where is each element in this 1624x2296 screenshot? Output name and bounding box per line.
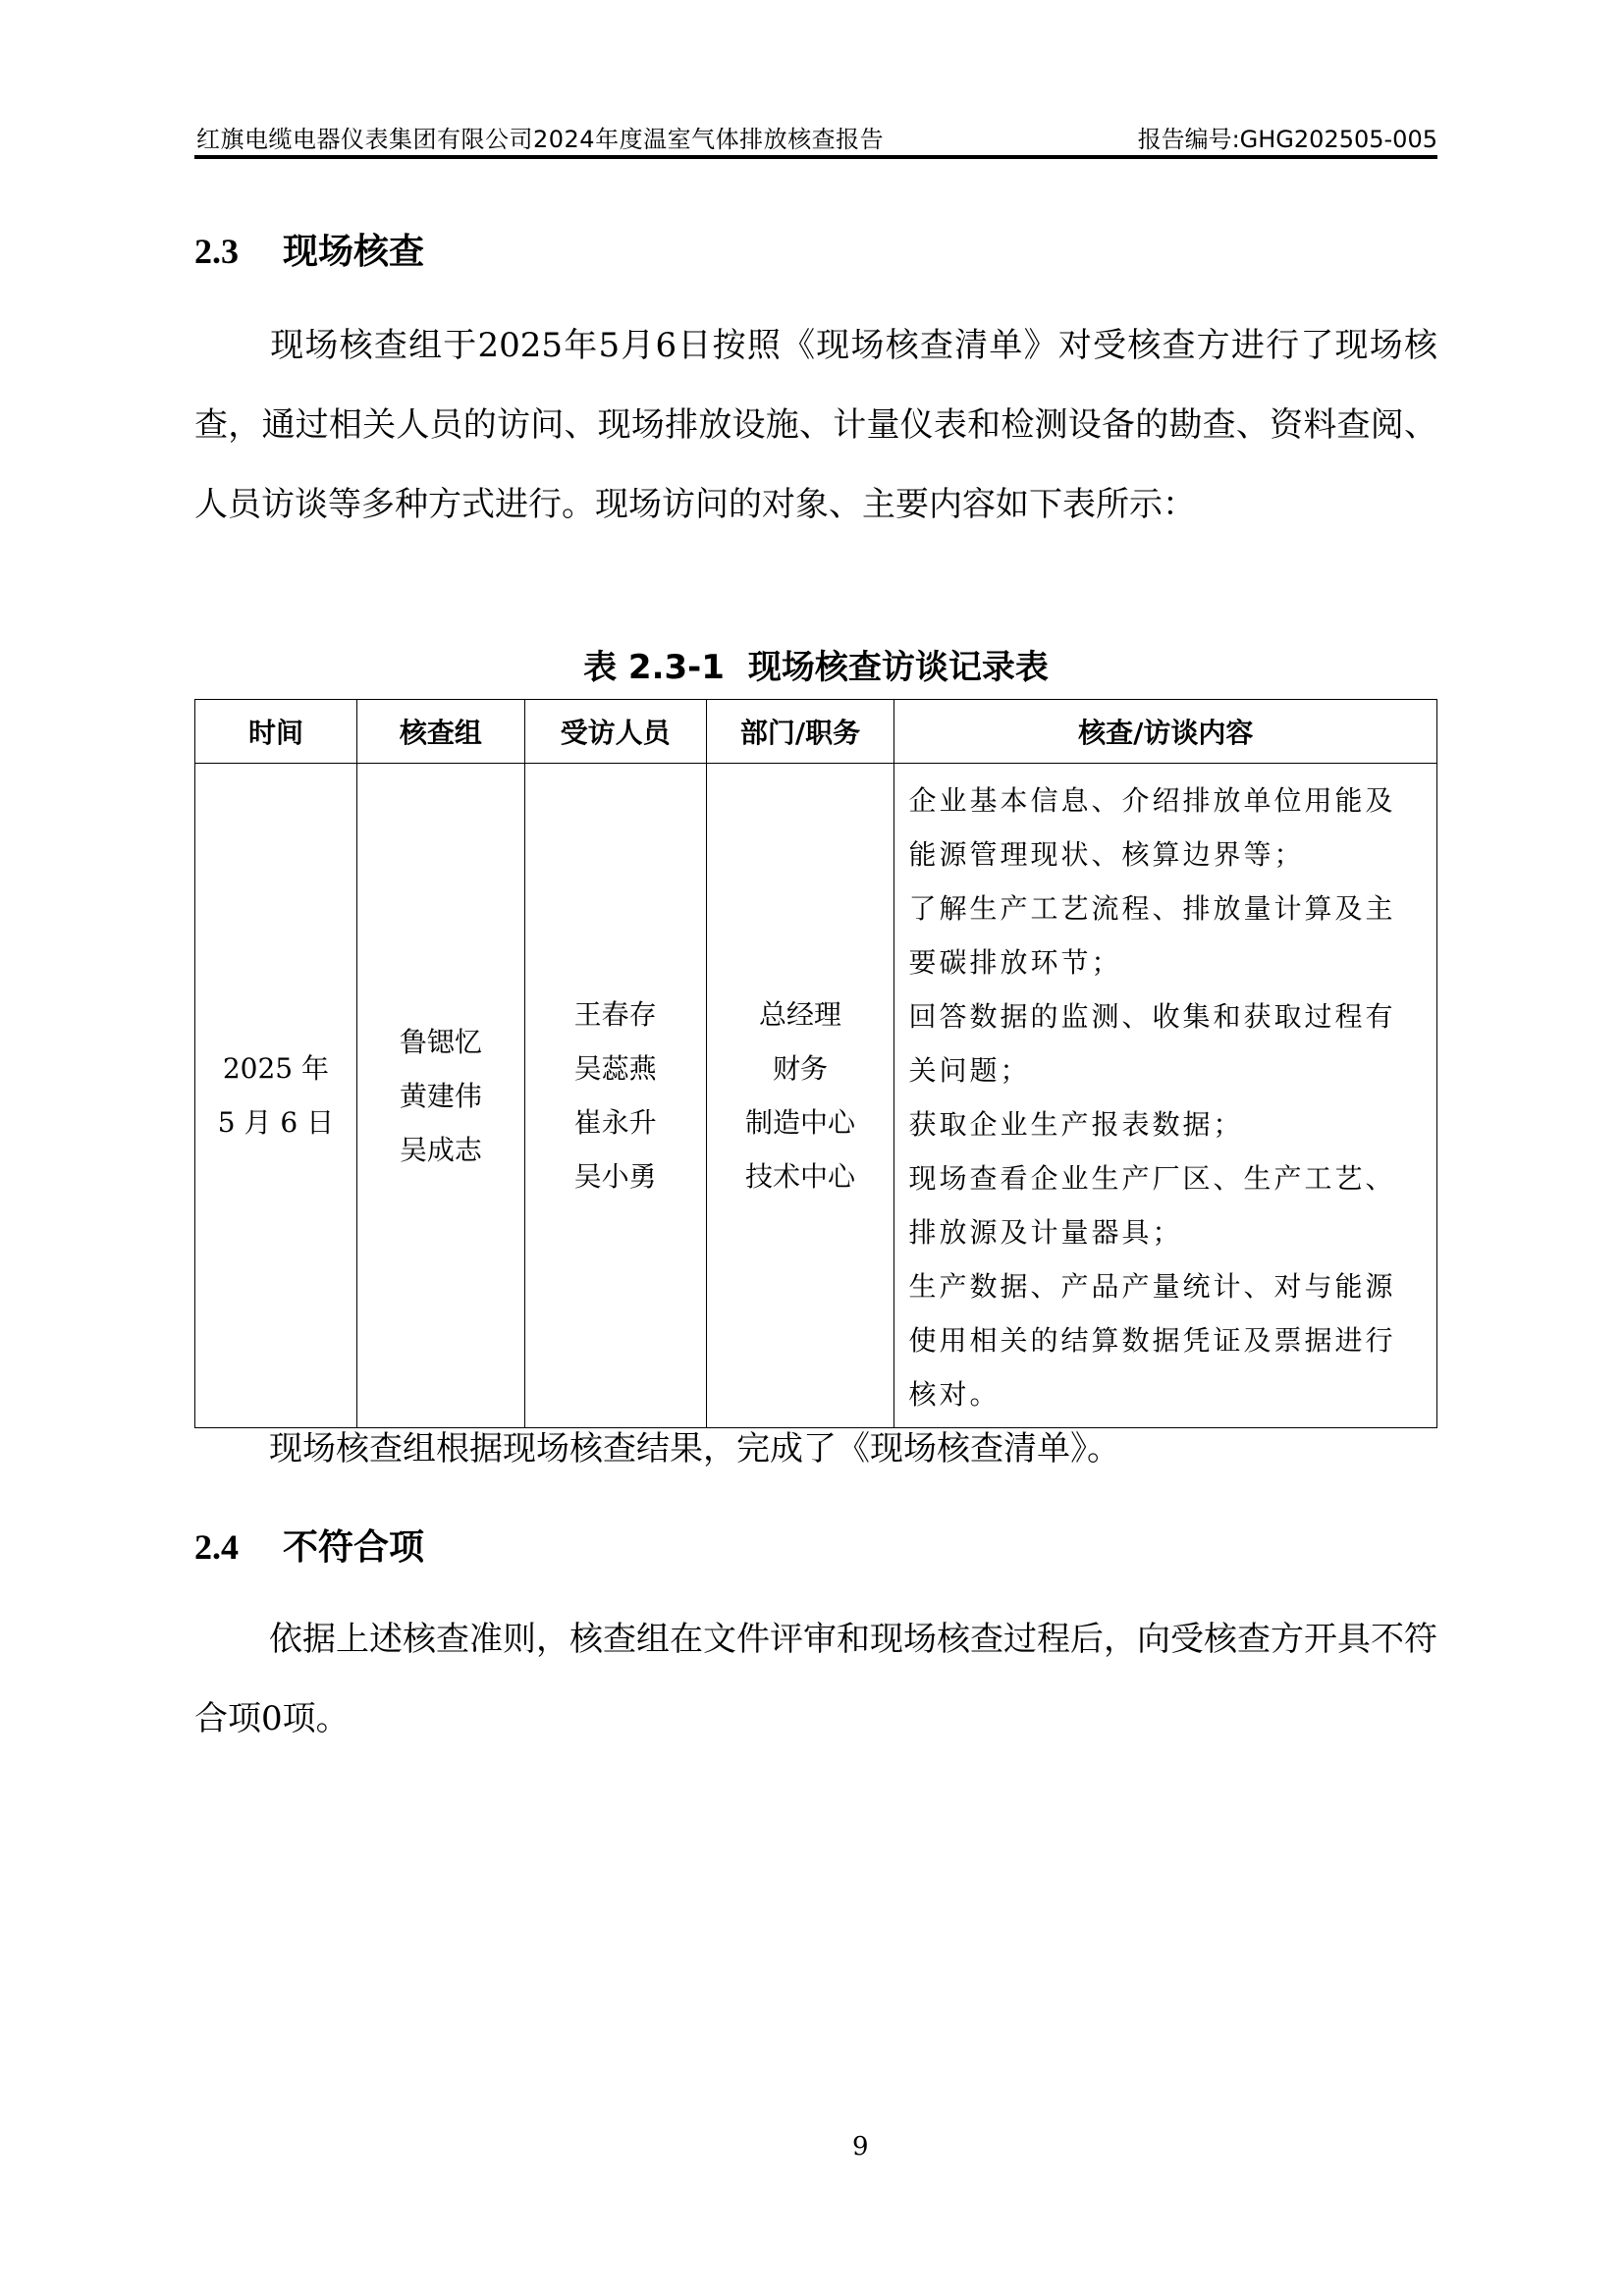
cell-interviewees: 王春存 吴蕊燕 崔永升 吴小勇 <box>524 764 706 1428</box>
team-member: 鲁锶忆 <box>357 1015 524 1069</box>
page-header: 红旗电缆电器仪表集团有限公司2024年度温室气体排放核查报告 报告编号:GHG2… <box>194 116 1437 159</box>
interviewee: 吴小勇 <box>525 1149 706 1203</box>
section-heading-2-3: 2.3现场核查 <box>194 224 424 274</box>
department: 财务 <box>707 1041 894 1095</box>
intro-text: 现场核查组于2025年5月6日按照《现场核查清单》对受核查方进行了现场核查，通过… <box>194 326 1437 524</box>
section-heading-2-4: 2.4不符合项 <box>194 1520 424 1570</box>
header-content: 核查/访谈内容 <box>894 700 1437 764</box>
date-line: 5 月 6 日 <box>195 1095 356 1149</box>
content-item: 获取企业生产报表数据； <box>908 1097 1423 1151</box>
content-item: 回答数据的监测、收集和获取过程有关问题； <box>908 989 1423 1097</box>
cell-content: 企业基本信息、介绍排放单位用能及能源管理现状、核算边界等； 了解生产工艺流程、排… <box>894 764 1437 1428</box>
header-time: 时间 <box>195 700 357 764</box>
section-title: 现场核查 <box>283 232 424 272</box>
summary-text: 现场核查组根据现场核查结果，完成了《现场核查清单》。 <box>269 1429 1120 1468</box>
cell-date: 2025 年 5 月 6 日 <box>195 764 357 1428</box>
section-title: 不符合项 <box>283 1527 424 1568</box>
summary-paragraph: 现场核查组根据现场核查结果，完成了《现场核查清单》。 <box>194 1410 1437 1489</box>
table-header-row: 时间 核查组 受访人员 部门/职务 核查/访谈内容 <box>195 700 1437 764</box>
content-item: 现场查看企业生产厂区、生产工艺、排放源及计量器具； <box>908 1151 1423 1259</box>
header-department: 部门/职务 <box>706 700 894 764</box>
table-caption-number: 表 2.3-1 <box>583 648 725 687</box>
nonconformity-paragraph: 依据上述核查准则，核查组在文件评审和现场核查过程后，向受核查方开具不符合项0项。 <box>194 1600 1437 1759</box>
header-interviewees: 受访人员 <box>524 700 706 764</box>
table-caption: 表 2.3-1现场核查访谈记录表 <box>194 640 1437 688</box>
content-item: 生产数据、产品产量统计、对与能源使用相关的结算数据凭证及票据进行核对。 <box>908 1259 1423 1421</box>
header-title: 红旗电缆电器仪表集团有限公司2024年度温室气体排放核查报告 <box>196 120 884 154</box>
department: 制造中心 <box>707 1095 894 1149</box>
interviewee: 崔永升 <box>525 1095 706 1149</box>
content-item: 了解生产工艺流程、排放量计算及主要碳排放环节； <box>908 881 1423 989</box>
header-team: 核查组 <box>356 700 524 764</box>
department: 技术中心 <box>707 1149 894 1203</box>
header-report-number: 报告编号:GHG202505-005 <box>1138 120 1437 154</box>
department: 总经理 <box>707 988 894 1041</box>
team-member: 黄建伟 <box>357 1069 524 1123</box>
cell-team: 鲁锶忆 黄建伟 吴成志 <box>356 764 524 1428</box>
team-member: 吴成志 <box>357 1123 524 1177</box>
intro-paragraph: 现场核查组于2025年5月6日按照《现场核查清单》对受核查方进行了现场核查，通过… <box>194 306 1437 545</box>
page-number: 9 <box>852 2132 869 2162</box>
nonconformity-text: 依据上述核查准则，核查组在文件评审和现场核查过程后，向受核查方开具不符合项0项。 <box>194 1620 1437 1738</box>
table-row: 2025 年 5 月 6 日 鲁锶忆 黄建伟 吴成志 王春存 吴蕊燕 崔永升 吴… <box>195 764 1437 1428</box>
section-number: 2.3 <box>194 231 283 272</box>
interview-record-table: 时间 核查组 受访人员 部门/职务 核查/访谈内容 2025 年 5 月 6 日… <box>194 699 1437 1428</box>
date-line: 2025 年 <box>195 1041 356 1095</box>
cell-departments: 总经理 财务 制造中心 技术中心 <box>706 764 894 1428</box>
interviewee: 吴蕊燕 <box>525 1041 706 1095</box>
table-caption-title: 现场核查访谈记录表 <box>748 648 1049 687</box>
section-number: 2.4 <box>194 1526 283 1568</box>
interviewee: 王春存 <box>525 988 706 1041</box>
content-item: 企业基本信息、介绍排放单位用能及能源管理现状、核算边界等； <box>908 774 1423 881</box>
